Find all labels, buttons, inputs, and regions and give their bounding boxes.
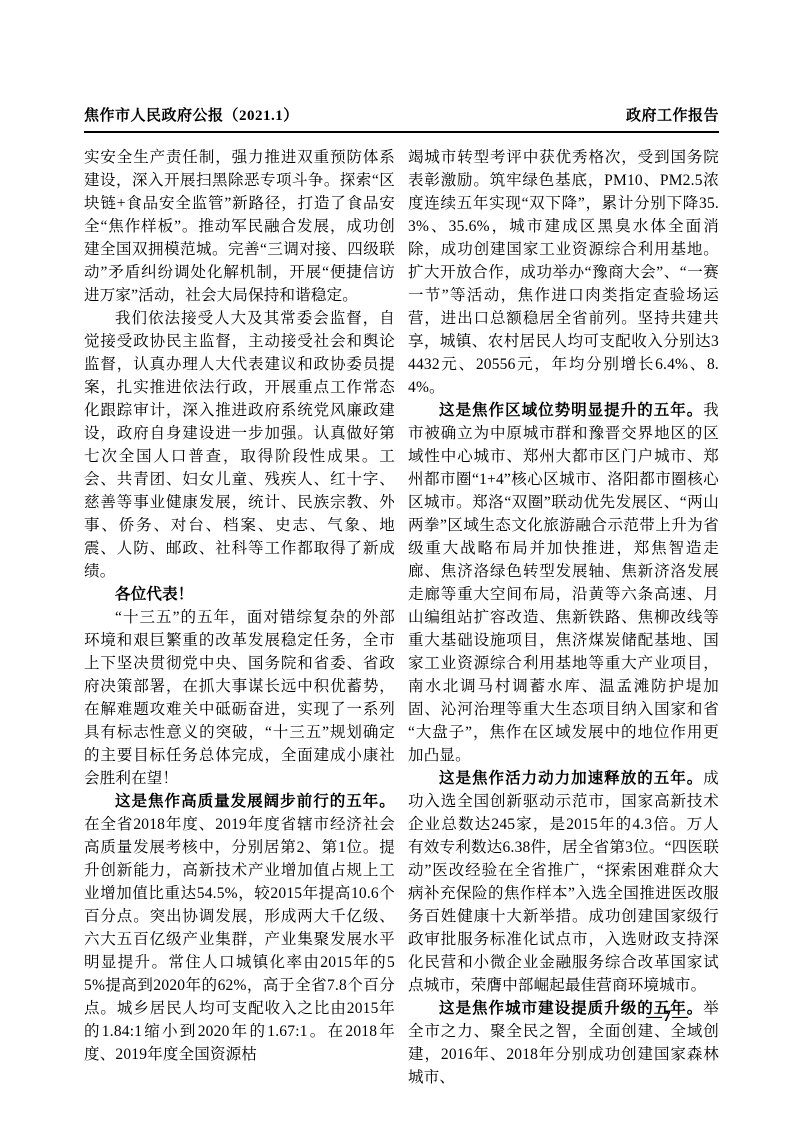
paragraph: 竭城市转型考评中获优秀格次，受到国务院表彰激励。筑牢绿色基底，PM10、PM2.… — [408, 146, 719, 399]
header-left-title: 焦作市人民政府公报（2021.1） — [84, 104, 299, 125]
paragraph: 这是焦作活力动力加速释放的五年。成功入选全国创新驱动示范市，国家高新技术企业总数… — [408, 767, 719, 997]
paragraph: 这是焦作高质量发展阔步前行的五年。在全省2018年度、2019年度省辖市经济社会… — [84, 790, 395, 1066]
paragraph-text: 实安全生产责任制，强力推进双重预防体系建设，深入开展扫黑除恶专项斗争。探索“区块… — [84, 149, 395, 304]
page-number: —7— — [646, 1008, 689, 1025]
paragraph: 实安全生产责任制，强力推进双重预防体系建设，深入开展扫黑除恶专项斗争。探索“区块… — [84, 146, 395, 307]
paragraph: “十三五”的五年，面对错综复杂的外部环境和艰巨繁重的改革发展稳定任务，全市上下坚… — [84, 606, 395, 790]
paragraph-text: 在全省2018年度、2019年度省辖市经济社会高质量发展考核中，分别居第2、第1… — [84, 816, 395, 1063]
left-column: 实安全生产责任制，强力推进双重预防体系建设，深入开展扫黑除恶专项斗争。探索“区块… — [84, 146, 395, 1089]
right-column: 竭城市转型考评中获优秀格次，受到国务院表彰激励。筑牢绿色基底，PM10、PM2.… — [408, 146, 719, 1089]
lead-sentence: 各位代表！ — [115, 586, 194, 603]
paragraph: 我们依法接受人大及其常委会监督，自觉接受政协民主监督，主动接受社会和舆论监督，认… — [84, 307, 395, 583]
two-column-body: 实安全生产责任制，强力推进双重预防体系建设，深入开展扫黑除恶专项斗争。探索“区块… — [84, 146, 719, 1089]
lead-sentence: 这是焦作高质量发展阔步前行的五年。 — [115, 793, 395, 810]
header-right-title: 政府工作报告 — [626, 104, 719, 125]
paragraph-text: 我市被确立为中原城市群和豫晋交界地区的区域性中心城市、郑州大都市区门户城市、郑州… — [408, 402, 719, 764]
paragraph-text: 成功入选全国创新驱动示范市，国家高新技术企业总数达245家，是2015年的4.3… — [408, 770, 719, 994]
paragraph-salutation: 各位代表！ — [84, 583, 395, 606]
paragraph: 这是焦作区域位势明显提升的五年。我市被确立为中原城市群和豫晋交界地区的区域性中心… — [408, 399, 719, 767]
paragraph-text: 我们依法接受人大及其常委会监督，自觉接受政协民主监督，主动接受社会和舆论监督，认… — [84, 310, 395, 580]
header-divider — [84, 131, 719, 133]
paragraph-text: 竭城市转型考评中获优秀格次，受到国务院表彰激励。筑牢绿色基底，PM10、PM2.… — [408, 149, 719, 396]
page-footer: —7— — [646, 1008, 689, 1026]
paragraph-text: “十三五”的五年，面对错综复杂的外部环境和艰巨繁重的改革发展稳定任务，全市上下坚… — [84, 609, 395, 787]
page-header: 焦作市人民政府公报（2021.1） 政府工作报告 — [84, 104, 719, 125]
gazette-page: 焦作市人民政府公报（2021.1） 政府工作报告 实安全生产责任制，强力推进双重… — [0, 0, 793, 1122]
lead-sentence: 这是焦作区域位势明显提升的五年。 — [439, 402, 703, 419]
lead-sentence: 这是焦作活力动力加速释放的五年。 — [439, 770, 703, 787]
